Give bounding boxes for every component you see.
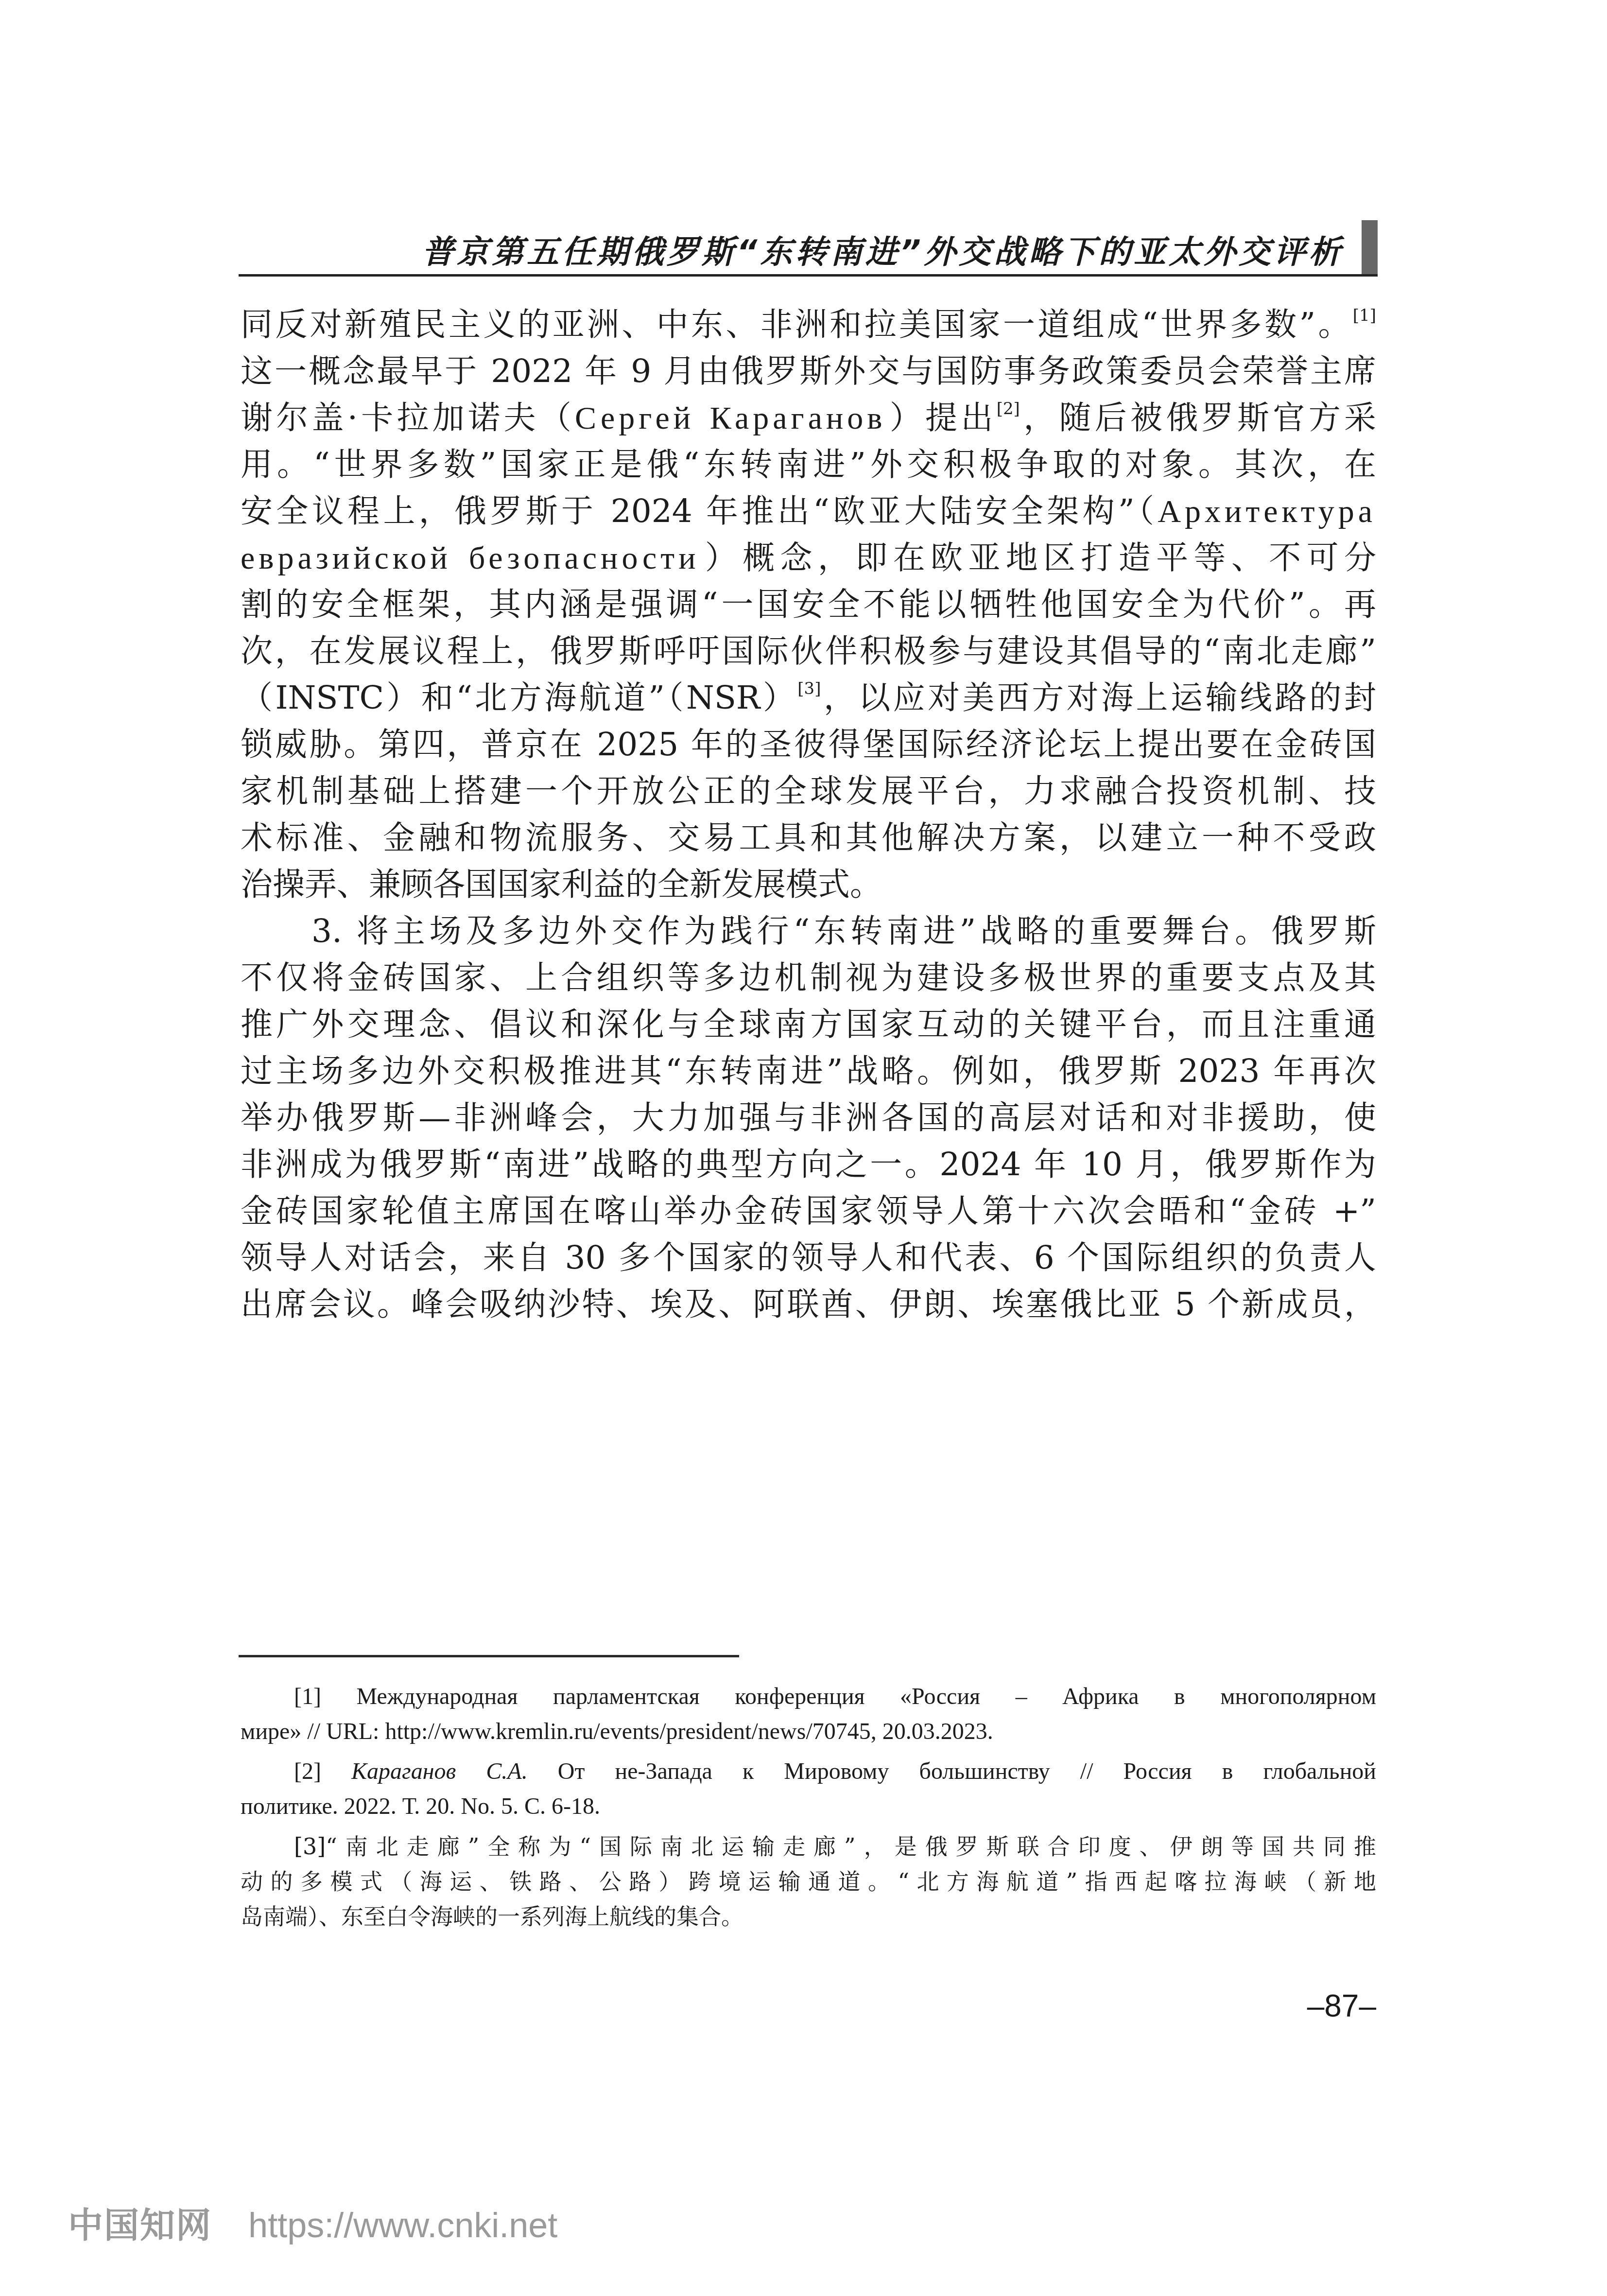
cnki-watermark: 中国知网 https://www.cnki.net	[68, 2197, 557, 2247]
body-line: 金砖国家轮值主席国在喀山举办金砖国家领导人第十六次会晤和“金砖 +”	[241, 1188, 1376, 1235]
footnote-text: “南北走廊”全称为“国际南北运输走廊”，是俄罗斯联合印度、伊朗等国共同推	[326, 1833, 1376, 1860]
body-line: 谢尔盖·卡拉加诺夫（Сергей Караганов）提出[2]，随后被俄罗斯官…	[241, 395, 1376, 441]
body-line: 次，在发展议程上，俄罗斯呼吁国际伙伴积极参与建设其倡导的“南北走廊”	[241, 628, 1376, 675]
footnote-text: От не-Запада к Мировому большинству // Р…	[528, 1758, 1376, 1784]
footnote-marker: [2]	[294, 1758, 321, 1784]
footnote-line: [3]“南北走廊”全称为“国际南北运输走廊”，是俄罗斯联合印度、伊朗等国共同推	[241, 1829, 1376, 1864]
footnote-marker: [3]	[294, 1833, 326, 1860]
body-line: евразийской безопасности）概念，即在欧亚地区打造平等、不…	[241, 535, 1376, 581]
footnote-separator	[239, 1655, 739, 1657]
footnote-marker: [1]	[294, 1684, 321, 1709]
body-line: 推广外交理念、倡议和深化与全球南方国家互动的关键平台，而且注重通	[241, 1001, 1376, 1048]
footnote-2: [2] Караганов С.А. От не-Запада к Мирово…	[241, 1754, 1376, 1824]
cnki-url-link[interactable]: https://www.cnki.net	[248, 2206, 557, 2245]
footnote-1: [1] Международная парламентская конферен…	[241, 1679, 1376, 1749]
body-line: 出席会议。峰会吸纳沙特、埃及、阿联酋、伊朗、埃塞俄比亚 5 个新成员，	[241, 1281, 1376, 1328]
line-text: 同反对新殖民主义的亚洲、中东、非洲和拉美国家一道组成“世界多数”。	[241, 306, 1353, 343]
body-line: 家机制基础上搭建一个开放公正的全球发展平台，力求融合投资机制、技	[241, 768, 1376, 815]
line-text: 安全议程上，俄罗斯于 2024 年推出“欧亚大陆安全架构”（	[241, 492, 1158, 530]
page-number: –87–	[1307, 1988, 1376, 2024]
footnote-line: [2] Караганов С.А. От не-Запада к Мирово…	[241, 1754, 1376, 1789]
footnote-ref-3[interactable]: [3]	[797, 679, 821, 698]
body-line: 过主场多边外交积极推进其“东转南进”战略。例如，俄罗斯 2023 年再次	[241, 1048, 1376, 1095]
body-line: 安全议程上，俄罗斯于 2024 年推出“欧亚大陆安全架构”（Архитектур…	[241, 488, 1376, 535]
body-line: 治操弄、兼顾各国国家利益的全新发展模式。	[241, 861, 1376, 908]
footnote-line: политике. 2022. Т. 20. No. 5. С. 6-18.	[241, 1789, 1376, 1824]
body-line: 不仅将金砖国家、上合组织等多边机制视为建设多极世界的重要支点及其	[241, 955, 1376, 1001]
footnote-text: Международная парламентская конференция …	[356, 1684, 1376, 1709]
body-line: 锁威胁。第四，普京在 2025 年的圣彼得堡国际经济论坛上提出要在金砖国	[241, 721, 1376, 768]
paragraph-1: 同反对新殖民主义的亚洲、中东、非洲和拉美国家一道组成“世界多数”。[1] 这一概…	[241, 301, 1376, 908]
russian-term: евразийской безопасности	[241, 540, 699, 576]
body-line: 非洲成为俄罗斯“南进”战略的典型方向之一。2024 年 10 月，俄罗斯作为	[241, 1141, 1376, 1188]
footnote-line: 动的多模式（海运、铁路、公路）跨境运输通道。“北方海航道”指西起喀拉海峡（新地	[241, 1864, 1376, 1899]
line-text: ）提出	[886, 399, 996, 436]
line-text: （INSTC）和“北方海航道”（NSR）	[241, 679, 797, 716]
footnote-line: 岛南端）、东至白令海峡的一系列海上航线的集合。	[241, 1899, 1376, 1934]
body-line: 举办俄罗斯—非洲峰会，大力加强与非洲各国的高层对话和对非援助，使	[241, 1095, 1376, 1141]
footnotes: [1] Международная парламентская конферен…	[241, 1679, 1376, 1939]
line-text: ，以应对美西方对海上运输线路的封	[821, 679, 1376, 716]
header-rule	[239, 274, 1378, 277]
running-header: 普京第五任期俄罗斯“东转南进”外交战略下的亚太外交评析	[239, 220, 1378, 277]
footnote-ref-2[interactable]: [2]	[997, 399, 1020, 418]
body-text: 同反对新殖民主义的亚洲、中东、非洲和拉美国家一道组成“世界多数”。[1] 这一概…	[241, 301, 1376, 1328]
footnote-line: [1] Международная парламентская конферен…	[241, 1679, 1376, 1714]
body-line: （INSTC）和“北方海航道”（NSR）[3]，以应对美西方对海上运输线路的封	[241, 675, 1376, 721]
header-grey-bar	[1362, 220, 1378, 276]
line-text: 谢尔盖·卡拉加诺夫（	[241, 399, 575, 436]
body-line: 术标准、金融和物流服务、交易工具和其他解决方案，以建立一种不受政	[241, 815, 1376, 861]
body-line: 领导人对话会，来自 30 多个国家的领导人和代表、6 个国际组织的负责人	[241, 1235, 1376, 1281]
footnote-line[interactable]: мире» // URL: http://www.kremlin.ru/even…	[241, 1714, 1376, 1749]
running-title: 普京第五任期俄罗斯“东转南进”外交战略下的亚太外交评析	[422, 226, 1344, 272]
footnote-3: [3]“南北走廊”全称为“国际南北运输走廊”，是俄罗斯联合印度、伊朗等国共同推 …	[241, 1829, 1376, 1934]
russian-name: Сергей Караганов	[575, 400, 886, 436]
paragraph-2: 3. 将主场及多边外交作为践行“东转南进”战略的重要舞台。俄罗斯 不仅将金砖国家…	[241, 908, 1376, 1328]
body-line: 3. 将主场及多边外交作为践行“东转南进”战略的重要舞台。俄罗斯	[241, 908, 1376, 955]
footnote-author: Караганов С.А.	[351, 1758, 528, 1784]
footnote-ref-1[interactable]: [1]	[1353, 306, 1376, 325]
body-line: 同反对新殖民主义的亚洲、中东、非洲和拉美国家一道组成“世界多数”。[1]	[241, 301, 1376, 348]
cnki-logo: 中国知网	[68, 2205, 212, 2245]
body-line: 割的安全框架，其内涵是强调“一国安全不能以牺牲他国安全为代价”。再	[241, 581, 1376, 628]
line-text: ，随后被俄罗斯官方采	[1020, 399, 1376, 436]
russian-term: Архитектура	[1158, 494, 1376, 529]
body-line: 用。“世界多数”国家正是俄“东转南进”外交积极争取的对象。其次，在	[241, 441, 1376, 488]
body-line: 这一概念最早于 2022 年 9 月由俄罗斯外交与国防事务政策委员会荣誉主席	[241, 348, 1376, 395]
line-text: ）概念，即在欧亚地区打造平等、不可分	[699, 539, 1376, 576]
